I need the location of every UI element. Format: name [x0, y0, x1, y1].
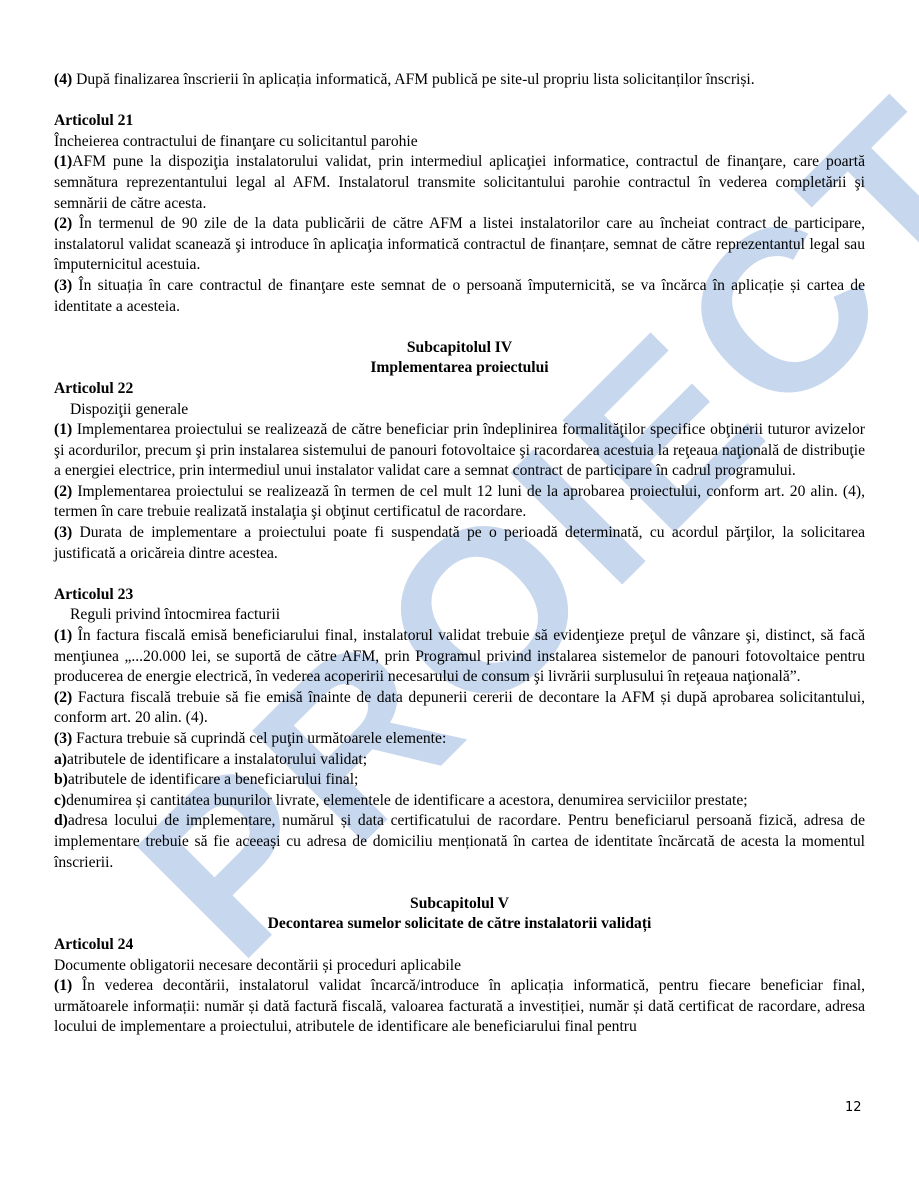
list-item: d)adresa locului de implementare, număru… [54, 811, 865, 873]
paragraph: (1)AFM pune la dispoziţia instalatorului… [54, 152, 865, 214]
article-subtitle: Documente obligatorii necesare decontări… [54, 956, 865, 977]
paragraph: (2) Factura fiscală trebuie să fie emisă… [54, 688, 865, 729]
list-item: c)denumirea și cantitatea bunurilor livr… [54, 791, 865, 812]
list-item: b)atributele de identificare a beneficia… [54, 770, 865, 791]
article-title: Articolul 22 [54, 379, 865, 400]
article-subtitle: Reguli privind întocmirea facturii [54, 605, 865, 626]
subchapter-label: Subcapitolul V [54, 894, 865, 915]
paragraph: (3) Durata de implementare a proiectului… [54, 523, 865, 564]
subchapter-title: Decontarea sumelor solicitate de către i… [54, 914, 865, 935]
paragraph: (2) Implementarea proiectului se realize… [54, 482, 865, 523]
paragraph: (1) Implementarea proiectului se realize… [54, 420, 865, 482]
paragraph: (4) După finalizarea înscrierii în aplic… [54, 70, 865, 91]
paragraph: (2) În termenul de 90 zile de la data pu… [54, 214, 865, 276]
subchapter-title: Implementarea proiectului [54, 358, 865, 379]
list-item: a)atributele de identificare a instalato… [54, 750, 865, 771]
article-subtitle: Dispoziţii generale [54, 400, 865, 421]
article-title: Articolul 21 [54, 111, 865, 132]
paragraph: (1) În vederea decontării, instalatorul … [54, 976, 865, 1038]
paragraph: (3) Factura trebuie să cuprindă cel puţi… [54, 729, 865, 750]
subchapter-label: Subcapitolul IV [54, 338, 865, 359]
document-body: (4) După finalizarea înscrierii în aplic… [54, 70, 865, 1038]
document-page: PROIECT (4) După finalizarea înscrierii … [0, 0, 919, 1189]
article-title: Articolul 23 [54, 585, 865, 606]
page-number: 12 [845, 1100, 862, 1115]
article-title: Articolul 24 [54, 935, 865, 956]
paragraph: (1) În factura fiscală emisă beneficiaru… [54, 626, 865, 688]
paragraph: (3) În situația în care contractul de fi… [54, 276, 865, 317]
article-subtitle: Încheierea contractului de finanţare cu … [54, 132, 865, 153]
